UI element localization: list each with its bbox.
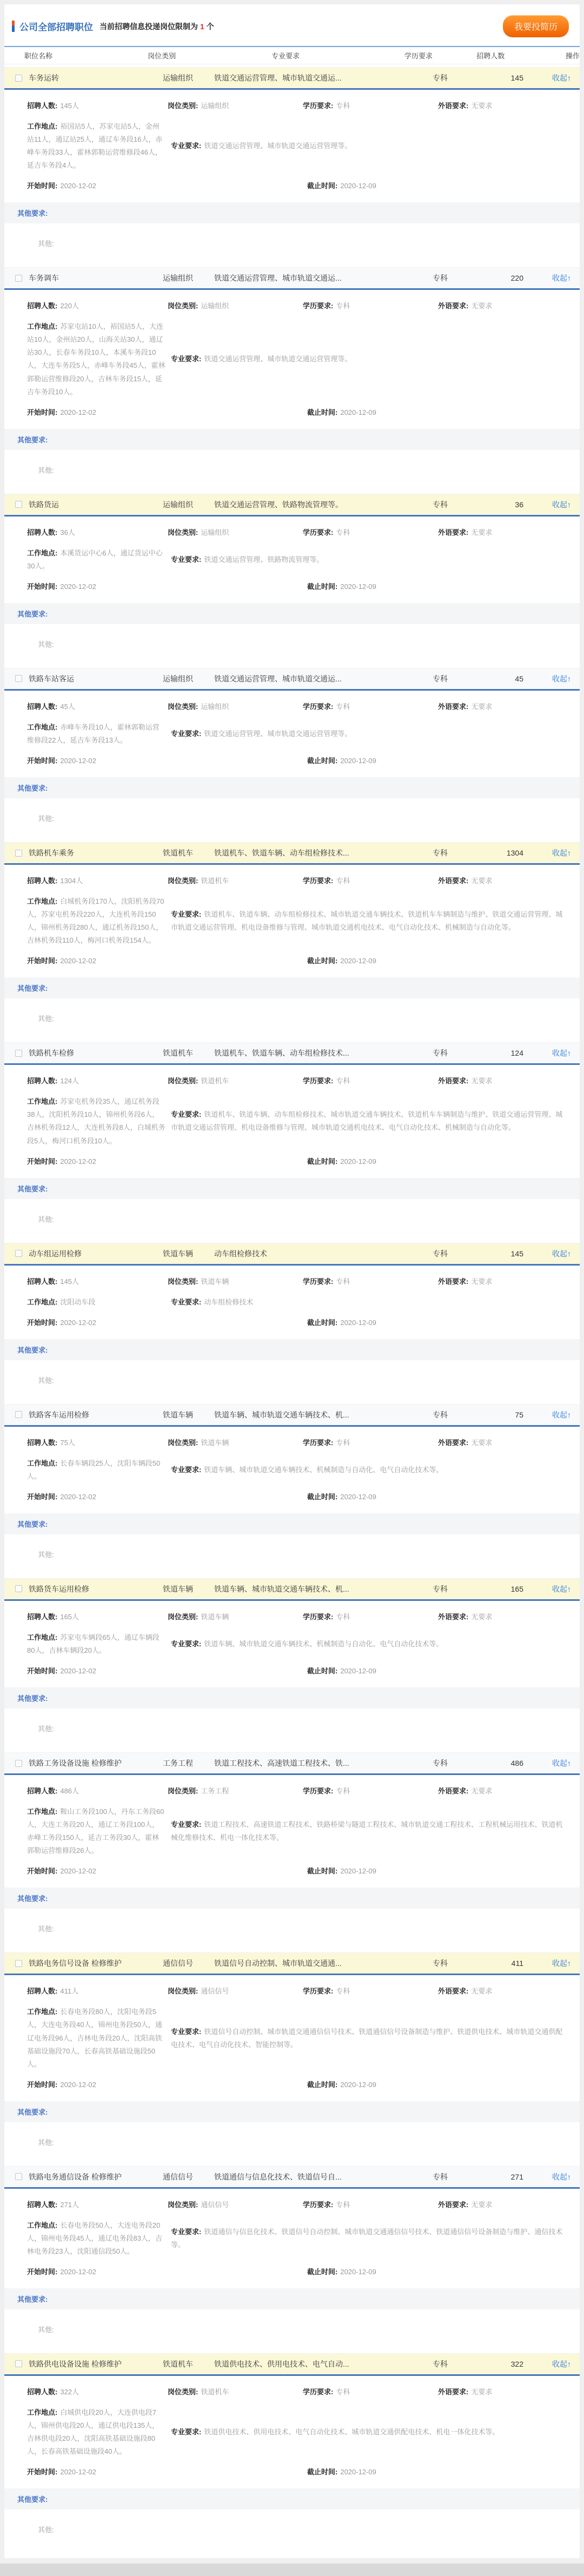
recruit-count-value: 145人 xyxy=(60,1277,79,1286)
arrow-up-icon: ↑ xyxy=(567,2173,571,2181)
category-label: 岗位类别: xyxy=(168,1613,198,1621)
job-detail-panel: 招聘人数:145人 岗位类别:铁道车辆 学历要求:专科 外语要求:无要求 工作地… xyxy=(4,1266,580,1339)
job-checkbox[interactable] xyxy=(15,75,22,82)
education-value: 专科 xyxy=(336,1787,350,1795)
submit-resume-button[interactable]: 我要投简历 xyxy=(503,15,569,37)
end-date-value: 2020-12-09 xyxy=(340,582,376,591)
arrow-up-icon: ↑ xyxy=(567,849,571,857)
recruit-count-value: 124人 xyxy=(60,1077,79,1085)
job-summary-row[interactable]: 铁路机车检修 铁道机车 铁道机车、铁道车辆、动车组检修技术... 专科 124 … xyxy=(4,1043,580,1065)
start-date-value: 2020-12-02 xyxy=(60,1867,96,1875)
other-requirements-bar: 其他要求: xyxy=(4,1687,580,1708)
category-field: 岗位类别:铁道机车 xyxy=(168,2386,303,2399)
category-value: 运输组织 xyxy=(201,528,229,537)
start-date-field: 开始时间:2020-12-02 xyxy=(27,754,307,767)
major-value: 铁道车辆、城市轨道交通车辆技术、机械制造与自动化、电气自动化技术等。 xyxy=(204,1466,443,1474)
job-title: 铁路机车检修 xyxy=(29,1048,163,1058)
category-label: 岗位类别: xyxy=(168,1277,198,1286)
location-field: 工作地点:鞍山工务段100人，丹东工务段60人，大连工务段20人，通辽工务段10… xyxy=(27,1805,165,1857)
job-title: 动车组运用检修 xyxy=(29,1248,163,1259)
category-field: 岗位类别:铁道机车 xyxy=(168,1075,303,1088)
recruit-count-label: 招聘人数: xyxy=(27,877,57,885)
recruit-count-value: 486人 xyxy=(60,1787,79,1795)
job-title: 铁路客车运用检修 xyxy=(29,1409,163,1420)
job-major-summary: 铁道交通运营管理、城市轨道交通运... xyxy=(214,673,425,684)
start-date-value: 2020-12-02 xyxy=(60,182,96,190)
recruit-count-label: 招聘人数: xyxy=(27,102,57,110)
job-block: 铁路工务设备设施 检修维护 工务工程 铁道工程技术、高速铁道工程技术、铁... … xyxy=(4,1752,580,1950)
location-field: 工作地点:苏家屯车辆段65人，通辽车辆段80人，吉林车辆段20人。 xyxy=(27,1631,165,1657)
end-date-label: 截止时间: xyxy=(307,757,337,765)
end-date-field: 截止时间:2020-12-09 xyxy=(307,180,568,193)
category-field: 岗位类别:运输组织 xyxy=(168,300,303,313)
collapse-label: 收起 xyxy=(552,74,567,82)
category-value: 运输组织 xyxy=(201,102,229,110)
job-block: 铁路机车检修 铁道机车 铁道机车、铁道车辆、动车组检修技术... 专科 124 … xyxy=(4,1042,580,1240)
education-label: 学历要求: xyxy=(303,2201,333,2209)
language-label: 外语要求: xyxy=(438,2201,468,2209)
location-label: 工作地点: xyxy=(27,1298,57,1306)
education-field: 学历要求:专科 xyxy=(303,1275,438,1288)
collapse-link[interactable]: 收起↑ xyxy=(552,273,571,283)
collapse-link[interactable]: 收起↑ xyxy=(552,673,571,684)
category-field: 岗位类别:通信信号 xyxy=(168,1985,303,1998)
job-category-summary: 运输组织 xyxy=(163,499,214,510)
end-date-value: 2020-12-09 xyxy=(340,1157,376,1166)
category-value: 铁道机车 xyxy=(201,877,229,885)
start-date-label: 开始时间: xyxy=(27,1319,57,1327)
column-header-count: 招聘人数 xyxy=(476,50,530,61)
major-value: 铁道机车、铁道车辆、动车组检修技术、城市轨道交通车辆技术、铁道机车车辆制造与维护… xyxy=(171,1110,562,1131)
job-summary-row[interactable]: 铁路车站客运 运输组织 铁道交通运营管理、城市轨道交通运... 专科 45 收起… xyxy=(4,668,580,691)
start-date-value: 2020-12-02 xyxy=(60,1667,96,1675)
education-label: 学历要求: xyxy=(303,1439,333,1447)
job-title: 车务运转 xyxy=(29,72,163,83)
job-major-summary: 铁道供电技术、供用电技术、电气自动... xyxy=(214,2359,425,2369)
recruit-count-label: 招聘人数: xyxy=(27,703,57,711)
job-summary-row[interactable]: 铁路电务信号设备 检修维护 通信信号 铁道信号自动控制、城市轨道交通通... 专… xyxy=(4,1953,580,1975)
recruit-count-label: 招聘人数: xyxy=(27,528,57,537)
end-date-label: 截止时间: xyxy=(307,1493,337,1501)
end-date-field: 截止时间:2020-12-09 xyxy=(307,580,568,593)
category-field: 岗位类别:铁道车辆 xyxy=(168,1275,303,1288)
language-value: 无要求 xyxy=(471,1987,492,1995)
job-education-summary: 专科 xyxy=(433,1048,487,1058)
other-note: 其他: xyxy=(4,998,580,1039)
location-label: 工作地点: xyxy=(27,1633,57,1641)
language-label: 外语要求: xyxy=(438,877,468,885)
job-detail-panel: 招聘人数:486人 岗位类别:工务工程 学历要求:专科 外语要求:无要求 工作地… xyxy=(4,1775,580,1888)
job-checkbox[interactable] xyxy=(15,275,22,282)
other-requirements-bar: 其他要求: xyxy=(4,2288,580,2309)
job-education-summary: 专科 xyxy=(433,1248,487,1259)
start-date-label: 开始时间: xyxy=(27,957,57,965)
job-count-summary: 145 xyxy=(487,1249,523,1258)
start-date-field: 开始时间:2020-12-02 xyxy=(27,2266,307,2279)
start-date-label: 开始时间: xyxy=(27,1493,57,1501)
collapse-link[interactable]: 收起↑ xyxy=(552,1958,571,1969)
job-detail-panel: 招聘人数:220人 岗位类别:运输组织 学历要求:专科 外语要求:无要求 工作地… xyxy=(4,290,580,428)
job-summary-row[interactable]: 铁路工务设备设施 检修维护 工务工程 铁道工程技术、高速铁道工程技术、铁... … xyxy=(4,1753,580,1775)
education-field: 学历要求:专科 xyxy=(303,1985,438,1998)
collapse-label: 收起 xyxy=(552,1049,567,1057)
recruit-count-value: 322人 xyxy=(60,2388,79,2396)
location-field: 工作地点:白城供电段20人，大连供电段7人，锦州供电段20人，通辽供电段135人… xyxy=(27,2406,165,2458)
category-label: 岗位类别: xyxy=(168,1987,198,1995)
arrow-up-icon: ↑ xyxy=(567,674,571,683)
job-title: 铁路电务信号设备 检修维护 xyxy=(29,1958,163,1969)
job-major-summary: 铁道交通运营管理、城市轨道交通运... xyxy=(214,273,425,283)
education-label: 学历要求: xyxy=(303,302,333,310)
major-label: 专业要求: xyxy=(171,2228,201,2236)
start-date-value: 2020-12-02 xyxy=(60,757,96,765)
location-value: 长春电务段80人，沈阳电务段5人，大连电务段40人，锦州电务段50人，通辽电务段… xyxy=(27,2008,162,2068)
job-title: 车务调车 xyxy=(29,273,163,283)
end-date-value: 2020-12-09 xyxy=(340,1667,376,1675)
language-field: 外语要求:无要求 xyxy=(438,526,568,539)
start-date-value: 2020-12-02 xyxy=(60,2081,96,2089)
job-summary-row[interactable]: 车务运转 运输组织 铁道交通运营管理、城市轨道交通运... 专科 145 收起↑ xyxy=(4,68,580,90)
category-field: 岗位类别:运输组织 xyxy=(168,526,303,539)
recruit-count-field: 招聘人数:486人 xyxy=(27,1785,168,1798)
collapse-link[interactable]: 收起↑ xyxy=(552,1409,571,1420)
start-date-label: 开始时间: xyxy=(27,182,57,190)
end-date-field: 截止时间:2020-12-09 xyxy=(307,2078,568,2091)
end-date-label: 截止时间: xyxy=(307,2468,337,2476)
language-label: 外语要求: xyxy=(438,703,468,711)
job-education-summary: 专科 xyxy=(433,1409,487,1420)
job-education-summary: 专科 xyxy=(433,499,487,510)
job-checkbox[interactable] xyxy=(15,2173,22,2180)
category-field: 岗位类别:铁道车辆 xyxy=(168,1611,303,1624)
job-summary-row[interactable]: 铁路货车运用检修 铁道车辆 铁道车辆、城市轨道交通车辆技术、机... 专科 16… xyxy=(4,1579,580,1601)
education-value: 专科 xyxy=(336,1613,350,1621)
column-header-action: 操作 xyxy=(530,50,580,61)
job-count-summary: 322 xyxy=(487,2360,523,2368)
job-detail-panel: 招聘人数:165人 岗位类别:铁道车辆 学历要求:专科 外语要求:无要求 工作地… xyxy=(4,1601,580,1687)
education-field: 学历要求:专科 xyxy=(303,1611,438,1624)
major-label: 专业要求: xyxy=(171,1110,201,1118)
job-checkbox[interactable] xyxy=(15,850,22,857)
major-value: 铁道机车、铁道车辆、动车组检修技术、城市轨道交通车辆技术、铁道机车车辆制造与维护… xyxy=(171,910,562,931)
category-label: 岗位类别: xyxy=(168,102,198,110)
job-count-summary: 1304 xyxy=(487,849,523,857)
language-field: 外语要求:无要求 xyxy=(438,875,568,888)
arrow-up-icon: ↑ xyxy=(567,1249,571,1258)
job-title: 铁路机车乘务 xyxy=(29,847,163,858)
category-label: 岗位类别: xyxy=(168,2388,198,2396)
location-label: 工作地点: xyxy=(27,2221,57,2229)
recruit-count-field: 招聘人数:75人 xyxy=(27,1436,168,1449)
language-label: 外语要求: xyxy=(438,528,468,537)
location-label: 工作地点: xyxy=(27,322,57,330)
other-note: 其他: xyxy=(4,1360,580,1401)
job-education-summary: 专科 xyxy=(433,673,487,684)
job-checkbox[interactable] xyxy=(15,1760,22,1767)
start-date-label: 开始时间: xyxy=(27,2268,57,2276)
arrow-up-icon: ↑ xyxy=(567,1585,571,1593)
category-label: 岗位类别: xyxy=(168,2201,198,2209)
collapse-label: 收起 xyxy=(552,1959,567,1968)
language-field: 外语要求:无要求 xyxy=(438,100,568,112)
recruit-count-value: 145人 xyxy=(60,102,79,110)
job-checkbox[interactable] xyxy=(15,1050,22,1057)
collapse-link[interactable]: 收起↑ xyxy=(552,847,571,858)
major-field: 专业要求:铁道交通运营管理、城市轨道交通运营管理等。 xyxy=(171,140,568,153)
major-value: 铁道车辆、城市轨道交通车辆技术、机械制造与自动化、电气自动化技术等。 xyxy=(204,1640,443,1648)
start-date-value: 2020-12-02 xyxy=(60,408,96,416)
education-field: 学历要求:专科 xyxy=(303,1785,438,1798)
collapse-label: 收起 xyxy=(552,674,567,683)
location-field: 工作地点:本溪货运中心6人，通辽货运中心30人。 xyxy=(27,547,165,573)
job-education-summary: 专科 xyxy=(433,2171,487,2182)
language-value: 无要求 xyxy=(471,2201,492,2209)
job-summary-row[interactable]: 铁路供电设备设施 检修维护 铁道机车 铁道供电技术、供用电技术、电气自动... … xyxy=(4,2354,580,2376)
job-checkbox[interactable] xyxy=(15,2360,22,2367)
job-education-summary: 专科 xyxy=(433,72,487,83)
collapse-link[interactable]: 收起↑ xyxy=(552,499,571,510)
category-value: 铁道机车 xyxy=(201,2388,229,2396)
job-detail-panel: 招聘人数:124人 岗位类别:铁道机车 学历要求:专科 外语要求:无要求 工作地… xyxy=(4,1065,580,1177)
collapse-link[interactable]: 收起↑ xyxy=(552,2171,571,2182)
job-checkbox[interactable] xyxy=(15,1960,22,1967)
language-field: 外语要求:无要求 xyxy=(438,700,568,713)
job-summary-row[interactable]: 铁路电务通信设备 检修维护 通信信号 铁道通信与信息化技术、铁道信号自... 专… xyxy=(4,2167,580,2189)
start-date-label: 开始时间: xyxy=(27,1667,57,1675)
job-summary-row[interactable]: 车务调车 运输组织 铁道交通运营管理、城市轨道交通运... 专科 220 收起↑ xyxy=(4,268,580,290)
start-date-value: 2020-12-02 xyxy=(60,2468,96,2476)
major-field: 专业要求:铁道信号自动控制、城市轨道交通通信信号技术、铁道通信信号设备制造与维护… xyxy=(171,2025,568,2051)
end-date-label: 截止时间: xyxy=(307,2268,337,2276)
education-label: 学历要求: xyxy=(303,1613,333,1621)
job-category-summary: 铁道机车 xyxy=(163,2359,214,2369)
major-label: 专业要求: xyxy=(171,2028,201,2036)
category-value: 运输组织 xyxy=(201,703,229,711)
recruit-count-field: 招聘人数:411人 xyxy=(27,1985,168,1998)
job-education-summary: 专科 xyxy=(433,2359,487,2369)
start-date-field: 开始时间:2020-12-02 xyxy=(27,1316,307,1329)
recruit-count-field: 招聘人数:124人 xyxy=(27,1075,168,1088)
recruit-count-label: 招聘人数: xyxy=(27,1277,57,1286)
collapse-link[interactable]: 收起↑ xyxy=(552,72,571,83)
collapse-link[interactable]: 收起↑ xyxy=(552,1248,571,1259)
recruit-count-value: 411人 xyxy=(60,1987,78,1995)
category-label: 岗位类别: xyxy=(168,302,198,310)
education-field: 学历要求:专科 xyxy=(303,700,438,713)
language-value: 无要求 xyxy=(471,102,492,110)
category-field: 岗位类别:工务工程 xyxy=(168,1785,303,1798)
language-value: 无要求 xyxy=(471,1439,492,1447)
start-date-value: 2020-12-02 xyxy=(60,1493,96,1501)
end-date-value: 2020-12-09 xyxy=(340,1493,376,1501)
education-field: 学历要求:专科 xyxy=(303,300,438,313)
major-label: 专业要求: xyxy=(171,1466,201,1474)
major-label: 专业要求: xyxy=(171,730,201,738)
collapse-label: 收起 xyxy=(552,1759,567,1767)
major-value: 铁道交通运营管理、城市轨道交通运营管理等。 xyxy=(204,142,351,150)
apply-limit-note: 当前招聘信息投递岗位限制为1个 xyxy=(99,21,214,32)
job-summary-row[interactable]: 铁路客车运用检修 铁道车辆 铁道车辆、城市轨道交通车辆技术、机... 专科 75… xyxy=(4,1405,580,1427)
job-summary-row[interactable]: 铁路机车乘务 铁道机车 铁道机车、铁道车辆、动车组检修技术... 专科 1304… xyxy=(4,843,580,865)
job-count-summary: 271 xyxy=(487,2173,523,2181)
end-date-value: 2020-12-09 xyxy=(340,2268,376,2276)
start-date-label: 开始时间: xyxy=(27,1157,57,1166)
category-field: 岗位类别:铁道机车 xyxy=(168,875,303,888)
collapse-link[interactable]: 收起↑ xyxy=(552,1048,571,1058)
other-note: 其他: xyxy=(4,2122,580,2163)
major-field: 专业要求:铁道车辆、城市轨道交通车辆技术、机械制造与自动化、电气自动化技术等。 xyxy=(171,1464,568,1476)
job-summary-row[interactable]: 动车组运用检修 铁道车辆 动车组检修技术 专科 145 收起↑ xyxy=(4,1243,580,1266)
end-date-label: 截止时间: xyxy=(307,2081,337,2089)
recruit-count-label: 招聘人数: xyxy=(27,2388,57,2396)
start-date-field: 开始时间:2020-12-02 xyxy=(27,180,307,193)
education-value: 专科 xyxy=(336,877,350,885)
location-field: 工作地点:长春电务段50人，大连电务段20人，锦州电务段45人，通辽电务段83人… xyxy=(27,2219,165,2258)
start-date-label: 开始时间: xyxy=(27,2081,57,2089)
start-date-label: 开始时间: xyxy=(27,408,57,416)
job-block: 铁路货运 运输组织 铁道交通运营管理、铁路物流管理等。 专科 36 收起↑ 招聘… xyxy=(4,494,580,665)
page-footer-strip xyxy=(0,2564,584,2576)
other-note: 其他: xyxy=(4,798,580,839)
category-label: 岗位类别: xyxy=(168,877,198,885)
job-list: 车务运转 运输组织 铁道交通运营管理、城市轨道交通运... 专科 145 收起↑… xyxy=(4,67,580,2551)
category-field: 岗位类别:通信信号 xyxy=(168,2198,303,2211)
major-value: 铁道通信与信息化技术、铁道信号自动控制、城市轨道交通通信信号技术、铁道通信信号设… xyxy=(171,2228,562,2249)
location-label: 工作地点: xyxy=(27,122,57,130)
other-requirements-bar: 其他要求: xyxy=(4,2101,580,2122)
recruit-count-value: 36人 xyxy=(60,528,75,537)
major-field: 专业要求:铁道通信与信息化技术、铁道信号自动控制、城市轨道交通通信信号技术、铁道… xyxy=(171,2226,568,2251)
education-field: 学历要求:专科 xyxy=(303,100,438,112)
other-requirements-bar: 其他要求: xyxy=(4,1888,580,1909)
start-date-label: 开始时间: xyxy=(27,1867,57,1875)
category-field: 岗位类别:运输组织 xyxy=(168,700,303,713)
other-requirements-bar: 其他要求: xyxy=(4,202,580,223)
language-label: 外语要求: xyxy=(438,1787,468,1795)
start-date-value: 2020-12-02 xyxy=(60,1157,96,1166)
end-date-field: 截止时间:2020-12-09 xyxy=(307,406,568,419)
job-block: 铁路供电设备设施 检修维护 铁道机车 铁道供电技术、供用电技术、电气自动... … xyxy=(4,2353,580,2551)
education-field: 学历要求:专科 xyxy=(303,2386,438,2399)
arrow-up-icon: ↑ xyxy=(567,74,571,82)
collapse-link[interactable]: 收起↑ xyxy=(552,2359,571,2369)
major-field: 专业要求:铁道机车、铁道车辆、动车组检修技术、城市轨道交通车辆技术、铁道机车车辆… xyxy=(171,1108,568,1134)
job-checkbox[interactable] xyxy=(15,1250,22,1257)
job-major-summary: 铁道交通运营管理、铁路物流管理等。 xyxy=(214,499,425,510)
job-block: 车务运转 运输组织 铁道交通运营管理、城市轨道交通运... 专科 145 收起↑… xyxy=(4,67,580,264)
education-value: 专科 xyxy=(336,1987,350,1995)
major-value: 铁道交通运营管理、城市轨道交通运营管理等。 xyxy=(204,730,351,738)
job-detail-panel: 招聘人数:75人 岗位类别:铁道车辆 学历要求:专科 外语要求:无要求 工作地点… xyxy=(4,1427,580,1513)
apply-limit-count: 1 xyxy=(198,22,207,31)
start-date-label: 开始时间: xyxy=(27,582,57,591)
job-block: 铁路车站客运 运输组织 铁道交通运营管理、城市轨道交通运... 专科 45 收起… xyxy=(4,668,580,839)
major-value: 铁道交通运营管理、铁路物流管理等。 xyxy=(204,555,323,564)
end-date-value: 2020-12-09 xyxy=(340,2081,376,2089)
education-value: 专科 xyxy=(336,302,350,310)
education-field: 学历要求:专科 xyxy=(303,526,438,539)
job-category-summary: 运输组织 xyxy=(163,72,214,83)
end-date-value: 2020-12-09 xyxy=(340,957,376,965)
start-date-value: 2020-12-02 xyxy=(60,957,96,965)
location-field: 工作地点:赤峰车务段10人，霍林郭勒运营维修段22人，延吉车务段13人。 xyxy=(27,721,165,747)
start-date-field: 开始时间:2020-12-02 xyxy=(27,1665,307,1678)
job-title: 铁路电务通信设备 检修维护 xyxy=(29,2171,163,2182)
job-detail-panel: 招聘人数:322人 岗位类别:铁道机车 学历要求:专科 外语要求:无要求 工作地… xyxy=(4,2376,580,2488)
other-note: 其他: xyxy=(4,624,580,665)
end-date-field: 截止时间:2020-12-09 xyxy=(307,754,568,767)
location-field: 工作地点:长春车辆段25人，沈阳车辆段50人。 xyxy=(27,1457,165,1483)
other-requirements-bar: 其他要求: xyxy=(4,1178,580,1199)
job-block: 铁路机车乘务 铁道机车 铁道机车、铁道车辆、动车组检修技术... 专科 1304… xyxy=(4,842,580,1039)
major-value: 铁道交通运营管理、城市轨道交通运营管理等。 xyxy=(204,355,351,363)
language-field: 外语要求:无要求 xyxy=(438,1785,568,1798)
language-field: 外语要求:无要求 xyxy=(438,1611,568,1624)
job-checkbox[interactable] xyxy=(15,1585,22,1592)
education-value: 专科 xyxy=(336,1277,350,1286)
end-date-label: 截止时间: xyxy=(307,408,337,416)
job-checkbox[interactable] xyxy=(15,1411,22,1418)
major-value: 铁道工程技术、高速铁道工程技术、铁路桥梁与隧道工程技术、城市轨道交通工程技术、工… xyxy=(171,1820,562,1842)
column-header-category: 岗位类别 xyxy=(148,50,271,61)
end-date-label: 截止时间: xyxy=(307,1157,337,1166)
recruit-count-field: 招聘人数:220人 xyxy=(27,300,168,313)
job-category-summary: 铁道车辆 xyxy=(163,1584,214,1594)
major-field: 专业要求:动车组检修技术 xyxy=(171,1296,568,1309)
language-label: 外语要求: xyxy=(438,1077,468,1085)
collapse-link[interactable]: 收起↑ xyxy=(552,1584,571,1594)
job-detail-panel: 招聘人数:411人 岗位类别:通信信号 学历要求:专科 外语要求:无要求 工作地… xyxy=(4,1975,580,2101)
recruit-count-label: 招聘人数: xyxy=(27,1787,57,1795)
education-value: 专科 xyxy=(336,2201,350,2209)
collapse-label: 收起 xyxy=(552,2173,567,2181)
job-major-summary: 铁道车辆、城市轨道交通车辆技术、机... xyxy=(214,1409,425,1420)
job-category-summary: 通信信号 xyxy=(163,1958,214,1969)
category-value: 铁道机车 xyxy=(201,1077,229,1085)
job-major-summary: 动车组检修技术 xyxy=(214,1248,425,1259)
language-field: 外语要求:无要求 xyxy=(438,2386,568,2399)
start-date-field: 开始时间:2020-12-02 xyxy=(27,2466,307,2479)
end-date-field: 截止时间:2020-12-09 xyxy=(307,1155,568,1168)
start-date-field: 开始时间:2020-12-02 xyxy=(27,1491,307,1504)
recruit-count-field: 招聘人数:271人 xyxy=(27,2198,168,2211)
major-label: 专业要求: xyxy=(171,2428,201,2436)
education-label: 学历要求: xyxy=(303,877,333,885)
location-label: 工作地点: xyxy=(27,897,57,905)
location-label: 工作地点: xyxy=(27,1097,57,1105)
end-date-field: 截止时间:2020-12-09 xyxy=(307,2466,568,2479)
end-date-label: 截止时间: xyxy=(307,582,337,591)
recruit-count-field: 招聘人数:36人 xyxy=(27,526,168,539)
job-detail-panel: 招聘人数:271人 岗位类别:通信信号 学历要求:专科 外语要求:无要求 工作地… xyxy=(4,2189,580,2288)
other-requirements-bar: 其他要求: xyxy=(4,977,580,998)
major-label: 专业要求: xyxy=(171,1640,201,1648)
job-checkbox[interactable] xyxy=(15,675,22,682)
job-category-summary: 运输组织 xyxy=(163,273,214,283)
language-label: 外语要求: xyxy=(438,1613,468,1621)
location-field: 工作地点:沈阳动车段 xyxy=(27,1296,165,1309)
major-value: 铁道供电技术、供用电技术、电气自动化技术、城市轨道交通供配电技术、机电一体化技术… xyxy=(204,2428,499,2436)
recruit-count-label: 招聘人数: xyxy=(27,1987,57,1995)
job-summary-row[interactable]: 铁路货运 运输组织 铁道交通运营管理、铁路物流管理等。 专科 36 收起↑ xyxy=(4,494,580,516)
education-label: 学历要求: xyxy=(303,2388,333,2396)
end-date-value: 2020-12-09 xyxy=(340,408,376,416)
job-checkbox[interactable] xyxy=(15,501,22,508)
other-note: 其他: xyxy=(4,223,580,264)
collapse-link[interactable]: 收起↑ xyxy=(552,1758,571,1769)
language-value: 无要求 xyxy=(471,302,492,310)
recruit-count-label: 招聘人数: xyxy=(27,1439,57,1447)
